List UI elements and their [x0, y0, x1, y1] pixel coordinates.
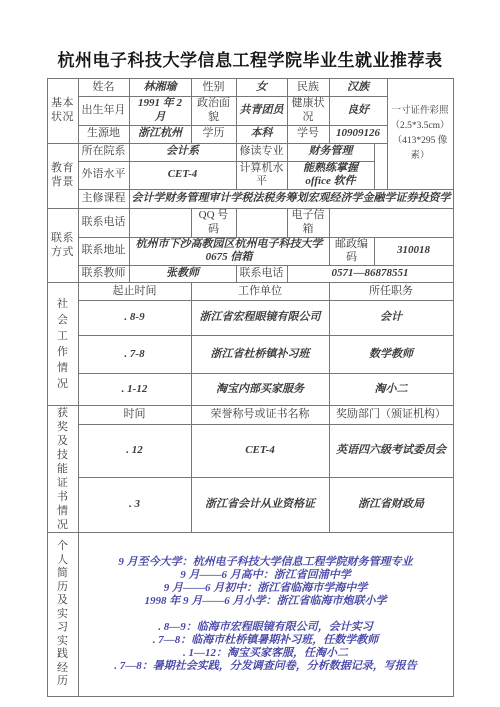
- teacher-phone-label: 联系电话: [236, 266, 287, 283]
- health-label: 健康状况: [287, 97, 329, 126]
- computer-level-value: 能熟练掌握 office 软件: [287, 161, 374, 190]
- major-value: 财务管理: [287, 143, 374, 161]
- social-work-unit: 淘宝内部买家服务: [191, 374, 329, 406]
- student-id-value: 10909126: [329, 125, 387, 143]
- award-name: 浙江省会计从业资格证: [191, 478, 329, 533]
- teacher-phone-value: 0571—86878551: [287, 266, 453, 283]
- social-work-header-position: 所任职务: [329, 283, 453, 301]
- social-work-header-unit: 工作单位: [191, 283, 329, 301]
- awards-header-dept: 奖励部门（颁证机构）: [329, 406, 453, 425]
- address-value: 杭州市下沙高教园区杭州电子科技大学 0675 信箱: [129, 237, 329, 266]
- award-time: . 3: [78, 478, 191, 533]
- social-work-unit: 浙江省宏程眼镜有限公司: [191, 301, 329, 336]
- recommendation-form-table: 基本状况 姓名 林湘瑜 性别 女 民族 汉族 一寸证件彩照 （2.5*3.5cm…: [47, 78, 454, 697]
- computer-level-label: 计算机水平: [236, 161, 287, 190]
- email-label: 电子信箱: [287, 209, 329, 238]
- resume-line: 9 月——6 月初中：浙江省临海市学海中学: [81, 582, 451, 595]
- photo-caption-line2: （2.5*3.5cm）: [390, 119, 451, 134]
- social-work-unit: 浙江省杜桥镇补习班: [191, 336, 329, 374]
- origin-label: 生源地: [78, 125, 129, 143]
- name-value: 林湘瑜: [129, 79, 191, 97]
- phone-value: [129, 209, 191, 238]
- social-work-row: . 1-12 淘宝内部买家服务 淘小二: [47, 374, 453, 406]
- social-work-time: . 7-8: [78, 336, 191, 374]
- qq-label: QQ 号码: [191, 209, 236, 238]
- degree-value: 本科: [236, 125, 287, 143]
- photo-caption-line1: 一寸证件彩照: [390, 104, 451, 119]
- social-work-header-time: 起止时间: [78, 283, 191, 301]
- form-title: 杭州电子科技大学信息工程学院毕业生就业推荐表: [0, 0, 500, 71]
- resume-content: 9 月至今大学：杭州电子科技大学信息工程学院财务管理专业 9 月——6 月高中：…: [78, 533, 453, 697]
- award-dept: 英语四六级考试委员会: [329, 424, 453, 478]
- section-basic-status: 基本状况: [47, 79, 78, 144]
- award-time: . 12: [78, 424, 191, 478]
- zip-label: 邮政编码: [329, 237, 374, 266]
- health-value: 良好: [329, 97, 387, 126]
- section-social-work: 社会工作情况: [47, 283, 78, 406]
- resume-line: . 1—12：淘宝买家客服，任淘小二: [81, 647, 451, 660]
- social-work-position: 淘小二: [329, 374, 453, 406]
- resume-line: 1998 年 9 月——6 月小学：浙江省临海市炮联小学: [81, 595, 451, 608]
- resume-line-blank: [81, 608, 451, 621]
- resume-line: . 7—8：临海市杜桥镇暑期补习班，任数学教师: [81, 634, 451, 647]
- courses-value: 会计学财务管理审计学税法税务筹划宏观经济学金融学证券投资学: [129, 190, 453, 209]
- social-work-row: . 8-9 浙江省宏程眼镜有限公司 会计: [47, 301, 453, 336]
- foreign-language-value: CET-4: [129, 161, 236, 190]
- political-value: 共青团员: [236, 97, 287, 126]
- ethnicity-label: 民族: [287, 79, 329, 97]
- contact-teacher-value: 张教师: [129, 266, 236, 283]
- student-id-label: 学号: [287, 125, 329, 143]
- email-value: [329, 209, 453, 238]
- section-resume-practice: 个人简历及实习实践经历: [47, 533, 78, 697]
- foreign-language-label: 外语水平: [78, 161, 129, 190]
- awards-header-name: 荣誉称号或证书名称: [191, 406, 329, 425]
- recommendation-form-page: 杭州电子科技大学信息工程学院毕业生就业推荐表 基本状况 姓名 林湘瑜 性别 女 …: [0, 0, 500, 707]
- social-work-position: 数学教师: [329, 336, 453, 374]
- courses-label: 主修课程: [78, 190, 129, 209]
- social-work-position: 会计: [329, 301, 453, 336]
- phone-label: 联系电话: [78, 209, 129, 238]
- social-work-time: . 8-9: [78, 301, 191, 336]
- contact-teacher-label: 联系教师: [78, 266, 129, 283]
- awards-row: . 12 CET-4 英语四六级考试委员会: [47, 424, 453, 478]
- section-contact: 联系方式: [47, 209, 78, 283]
- award-dept: 浙江省财政局: [329, 478, 453, 533]
- photo-caption-line3: （413*295 像素）: [390, 134, 451, 164]
- resume-line: 9 月至今大学：杭州电子科技大学信息工程学院财务管理专业: [81, 556, 451, 569]
- political-label: 政治面貌: [191, 97, 236, 126]
- gender-label: 性别: [191, 79, 236, 97]
- origin-value: 浙江杭州: [129, 125, 191, 143]
- birth-value: 1991 年 2 月: [129, 97, 191, 126]
- awards-row: . 3 浙江省会计从业资格证 浙江省财政局: [47, 478, 453, 533]
- name-label: 姓名: [78, 79, 129, 97]
- resume-line: . 8—9：临海市宏程眼镜有限公司，会计实习: [81, 621, 451, 634]
- gender-value: 女: [236, 79, 287, 97]
- qq-value: [236, 209, 287, 238]
- major-label: 修读专业: [236, 143, 287, 161]
- award-name: CET-4: [191, 424, 329, 478]
- degree-label: 学历: [191, 125, 236, 143]
- resume-line: . 7—8：暑期社会实践，分发调查问卷，分析数据记录，写报告: [81, 660, 451, 673]
- ethnicity-value: 汉族: [329, 79, 387, 97]
- address-label: 联系地址: [78, 237, 129, 266]
- resume-line: 9 月——6 月高中：浙江省回浦中学: [81, 569, 451, 582]
- department-label: 所在院系: [78, 143, 129, 161]
- department-value: 会计系: [129, 143, 236, 161]
- zip-value: 310018: [374, 237, 453, 266]
- section-awards-certificates: 获奖及技能证书情况: [47, 406, 78, 533]
- section-education-background: 教育背景: [47, 143, 78, 209]
- social-work-time: . 1-12: [78, 374, 191, 406]
- birth-label: 出生年月: [78, 97, 129, 126]
- awards-header-time: 时间: [78, 406, 191, 425]
- photo-placeholder: 一寸证件彩照 （2.5*3.5cm） （413*295 像素）: [387, 79, 453, 190]
- social-work-row: . 7-8 浙江省杜桥镇补习班 数学教师: [47, 336, 453, 374]
